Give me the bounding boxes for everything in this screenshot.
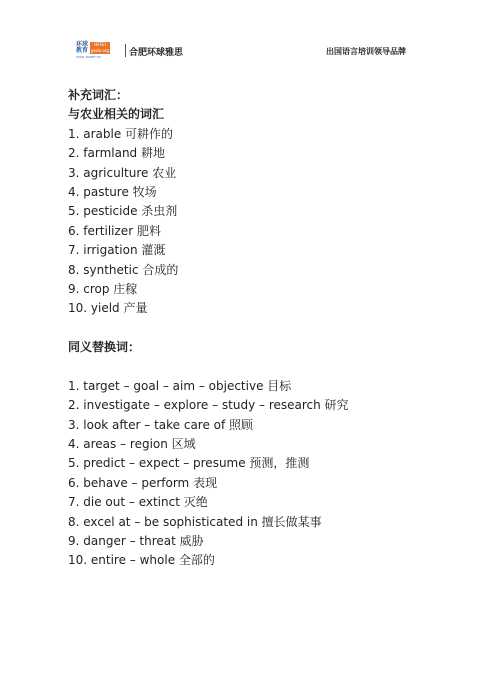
synonym-item: 4. areas – region 区域 (68, 435, 448, 454)
synonym-item: 3. look after – take care of 照顾 (68, 416, 448, 435)
logo-badge: HEFEIgedu.org (90, 42, 110, 54)
vocab-item: 2. farmland 耕地 (68, 144, 448, 163)
vocab-item: 10. yield 产量 (68, 299, 448, 318)
section1-title: 补充词汇： (68, 86, 448, 105)
logo-subtext: YOUR TICKET TO (76, 55, 101, 59)
logo-text: 环球教育 (76, 42, 90, 54)
vocab-item: 4. pasture 牧场 (68, 183, 448, 202)
logo: 环球教育 HEFEIgedu.org YOUR TICKET TO (76, 42, 122, 60)
brand-name: 合肥环球雅思 (129, 45, 183, 58)
spacer (68, 357, 448, 376)
spacer (68, 319, 448, 338)
synonym-item: 10. entire – whole 全部的 (68, 551, 448, 570)
vocab-item: 9. crop 庄稼 (68, 280, 448, 299)
synonym-item: 8. excel at – be sophisticated in 擅长做某事 (68, 513, 448, 532)
header-divider (125, 44, 126, 57)
slogan: 出国语言培训领导品牌 (326, 46, 406, 57)
vocab-item: 1. arable 可耕作的 (68, 125, 448, 144)
synonym-item: 6. behave – perform 表现 (68, 474, 448, 493)
section2-title: 同义替换词： (68, 338, 448, 357)
vocab-item: 7. irrigation 灌溉 (68, 241, 448, 260)
vocab-item: 3. agriculture 农业 (68, 164, 448, 183)
document-body: 补充词汇： 与农业相关的词汇 1. arable 可耕作的 2. farmlan… (68, 86, 448, 571)
synonym-item: 1. target – goal – aim – objective 目标 (68, 377, 448, 396)
synonym-item: 2. investigate – explore – study – resea… (68, 396, 448, 415)
vocab-item: 6. fertilizer 肥料 (68, 222, 448, 241)
vocab-item: 5. pesticide 杀虫剂 (68, 202, 448, 221)
vocab-item: 8. synthetic 合成的 (68, 261, 448, 280)
page-header: 环球教育 HEFEIgedu.org YOUR TICKET TO 合肥环球雅思… (76, 42, 416, 62)
synonym-item: 5. predict – expect – presume 预测，推测 (68, 454, 448, 473)
synonym-item: 7. die out – extinct 灭绝 (68, 493, 448, 512)
synonym-item: 9. danger – threat 威胁 (68, 532, 448, 551)
section1-subtitle: 与农业相关的词汇 (68, 105, 448, 124)
